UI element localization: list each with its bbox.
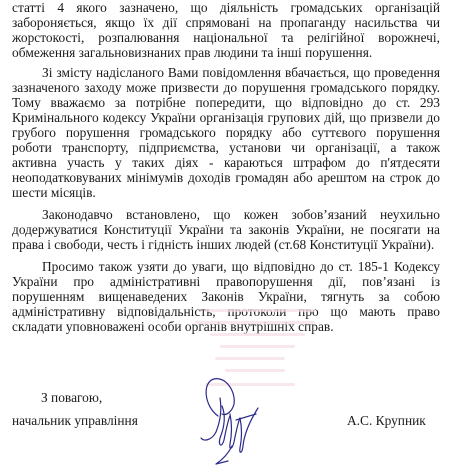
paragraph-administrative-liability: Просимо також узяти до уваги, що відпові… (12, 259, 440, 334)
paragraph-constitution-duty: Законодавчо встановлено, що кожен зобов’… (12, 207, 440, 252)
signatory-name: А.С. Крупник (347, 413, 426, 428)
signatory-position: начальник управління (12, 413, 138, 428)
letter-page: статті 4 якого зазначено, що діяльність … (0, 0, 450, 468)
signature-icon (196, 376, 266, 468)
letter-body: статті 4 якого зазначено, що діяльність … (12, 0, 440, 341)
paragraph-public-order-warning: Зі змісту надісланого Вами повідомлення … (12, 65, 440, 200)
closing-regards: З повагою, (41, 390, 102, 405)
paragraph-article-4-continuation: статті 4 якого зазначено, що діяльність … (12, 0, 440, 60)
